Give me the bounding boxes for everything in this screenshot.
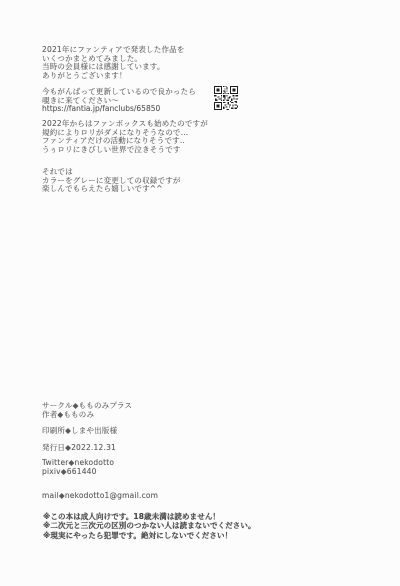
- pixiv-id: pixiv◆661440: [42, 467, 158, 476]
- fantia-url: https://fantia.jp/fanclubs/65850: [42, 105, 160, 114]
- disclaimer-crime-warning: ※現実にやったら犯罪です。絶対にしないでください！: [43, 531, 256, 540]
- fanbox-note-paragraph: 2022年からはファンボックスも始めたのですが 規約によりロリがダメになりそうな…: [42, 120, 208, 155]
- printer-name: 印刷所◆しまや出版様: [42, 426, 158, 435]
- circle-name: サークル◆もものみプラス: [42, 401, 158, 410]
- disclaimer-adult-only: ※この本は成人向けです。18歳未満は読めません！: [43, 512, 256, 521]
- doujinshi-colophon-page: 2021年にファンティアで発表した作品を いくつかまとめてみました。 当時の会員…: [0, 0, 400, 586]
- mail-address: mail◆nekodotto1@gmail.com: [42, 491, 158, 500]
- publish-date: 発行日◆2022.12.31: [42, 443, 158, 452]
- twitter-handle: Twitter◆nekodotto: [42, 458, 158, 467]
- closing-paragraph: それでは カラーをグレーに変更しての収録ですが 楽しんでもらえたら嬉しいです^^: [42, 168, 181, 194]
- fantia-promo-paragraph: 今もがんばって更新しているので良かったら 覗きに来てください〜: [42, 88, 196, 105]
- disclaimer-fiction-warning: ※二次元と三次元の区別のつかない人は読まないでください。: [43, 521, 256, 530]
- author-name: 作者◆もものみ: [42, 410, 158, 419]
- afterword-intro-paragraph: 2021年にファンティアで発表した作品を いくつかまとめてみました。 当時の会員…: [42, 46, 185, 81]
- disclaimer-block: ※この本は成人向けです。18歳未満は読めません！ ※二次元と三次元の区別のつかな…: [43, 512, 256, 540]
- qr-code-icon: [214, 86, 238, 110]
- colophon-block: サークル◆もものみプラス 作者◆もものみ 印刷所◆しまや出版様 発行日◆2022…: [42, 401, 158, 500]
